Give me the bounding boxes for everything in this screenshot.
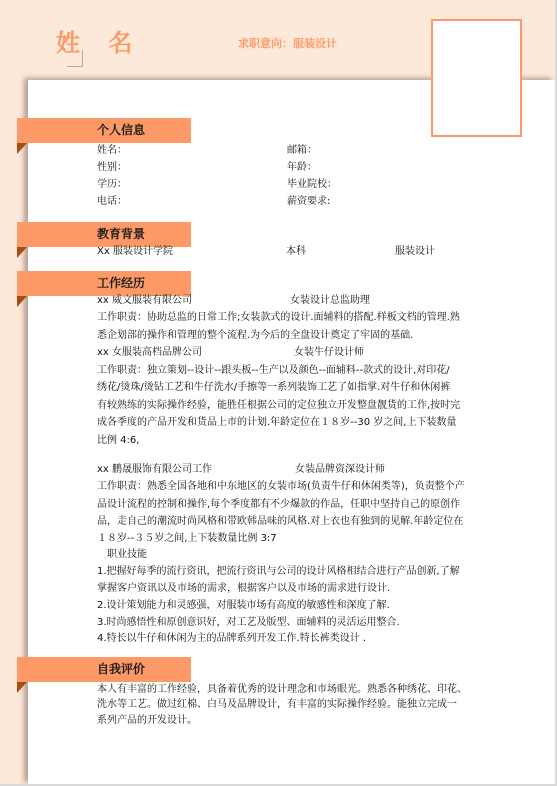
job-duty-line: 工作职责：独立策划--设计--跟头板--生产以及颜色--面辅料--款式的设计,对… xyxy=(97,364,450,377)
job-position: 女装设计总监助理 xyxy=(290,294,370,307)
info-label-education: 学历： xyxy=(97,178,127,191)
job-duty-line: 比例 4:6, xyxy=(97,434,139,447)
job-company: xx 鹏晟服饰有限公司工作 xyxy=(97,463,212,476)
self-evaluation-line: 本人有丰富的工作经验，具备着优秀的设计理念和市场眼光。熟悉各种绣花、印花、 xyxy=(97,683,467,696)
skill-line: 2.设计策划能力和灵感强，对服装市场有高度的敏感性和深度了解. xyxy=(97,599,390,612)
section-title: 自我评价 xyxy=(97,662,145,677)
job-duty-line: １８岁--３５岁之间,上下装数量比例 3:7 xyxy=(97,532,277,545)
job-duty-line: 有较熟练的实际操作经验，能胜任根据公司的定位独立开发整盘靓货的工作,按时完 xyxy=(97,399,460,412)
job-duty-line: 品，走自己的潮流时尚风格和带欧韩品味的风格.对上衣也有独到的见解.年龄定位在 xyxy=(97,515,463,528)
section-title: 个人信息 xyxy=(97,123,145,138)
job-company: xx 女服装高档品牌公司 xyxy=(97,346,202,359)
job-duty-line: 工作职责：熟悉全国各地和中东地区的女装市场(负责牛仔和休闲类等)，负责整个产 xyxy=(97,480,465,493)
education-degree: 本科 xyxy=(286,245,306,258)
self-evaluation-line: 洗水等工艺。做过红棉、白马及品牌设计，有丰富的实际操作经验。能独立完成一 xyxy=(97,698,457,711)
education-school: Xx 服装设计学院 xyxy=(97,245,173,258)
self-evaluation-line: 系列产品的开发设计。 xyxy=(97,714,197,727)
job-duty-line: 品设计流程的控制和操作,每个季度都有不少爆款的作品，任职中坚持自己的原创作 xyxy=(97,498,460,511)
skill-line: 4.特长以牛仔和休闲为主的品牌系列开发工作.特长裤类设计 . xyxy=(97,632,366,645)
info-label-email: 邮箱： xyxy=(287,144,317,157)
info-label-age: 年龄： xyxy=(287,161,317,174)
skill-line: 3.时尚感悟性和原创意识好，对工艺及版型、面辅料的灵活运用整合. xyxy=(97,616,400,629)
section-work-experience: 工作经历 xyxy=(17,271,191,296)
info-label-school: 毕业院校： xyxy=(287,178,337,191)
info-label-name: 姓名： xyxy=(97,144,127,157)
photo-frame[interactable] xyxy=(431,19,522,137)
job-position: 女装牛仔设计师 xyxy=(294,346,364,359)
ribbon-fold-icon xyxy=(17,143,27,154)
skill-line: 1.把握好每季的流行资讯，把流行资讯与公司的设计风格相结合进行产品创新,了解 xyxy=(97,565,460,578)
ribbon-fold-icon xyxy=(17,296,27,307)
info-label-phone: 电话： xyxy=(97,195,127,208)
section-personal-info: 个人信息 xyxy=(17,118,191,143)
info-label-gender: 性别： xyxy=(97,161,127,174)
ribbon-fold-icon xyxy=(17,682,27,693)
job-intent: 求职意向：服装设计 xyxy=(238,37,337,51)
section-education: 教育背景 xyxy=(17,222,191,247)
job-duty-line: 绣花/烫珠/烫钻工艺和牛仔洗水/手擦等一系列装饰工艺了如指掌.对牛仔和休闲裤 xyxy=(97,381,450,394)
job-company: xx 威文服装有限公司 xyxy=(97,294,192,307)
ribbon-fold-icon xyxy=(17,247,27,258)
skill-line: 掌握客户资讯以及市场的需求，根据客户以及市场的需求进行设计. xyxy=(97,582,390,595)
job-duty-line: 工作职责：协助总监的日常工作;女装款式的设计.面辅料的搭配.样板文档的管理.熟 xyxy=(97,311,460,324)
job-position: 女装品牌资深设计师 xyxy=(295,463,385,476)
info-label-salary: 薪资要求: xyxy=(287,195,330,208)
section-self-evaluation: 自我评价 xyxy=(17,657,191,682)
job-duty-line: 成各季度的产品开发和货品上市的计划.年龄定位在１８岁--30 岁之间,上下装数量 xyxy=(97,416,456,429)
text-cursor-mark xyxy=(67,50,83,67)
skills-title: 职业技能 xyxy=(107,548,147,561)
job-duty-line: 悉企划部的操作和管理的整个流程.为今后的全盘设计奠定了牢固的基础. xyxy=(97,329,413,342)
section-title: 工作经历 xyxy=(97,276,145,291)
section-title: 教育背景 xyxy=(97,227,145,242)
education-major: 服装设计 xyxy=(395,245,435,258)
